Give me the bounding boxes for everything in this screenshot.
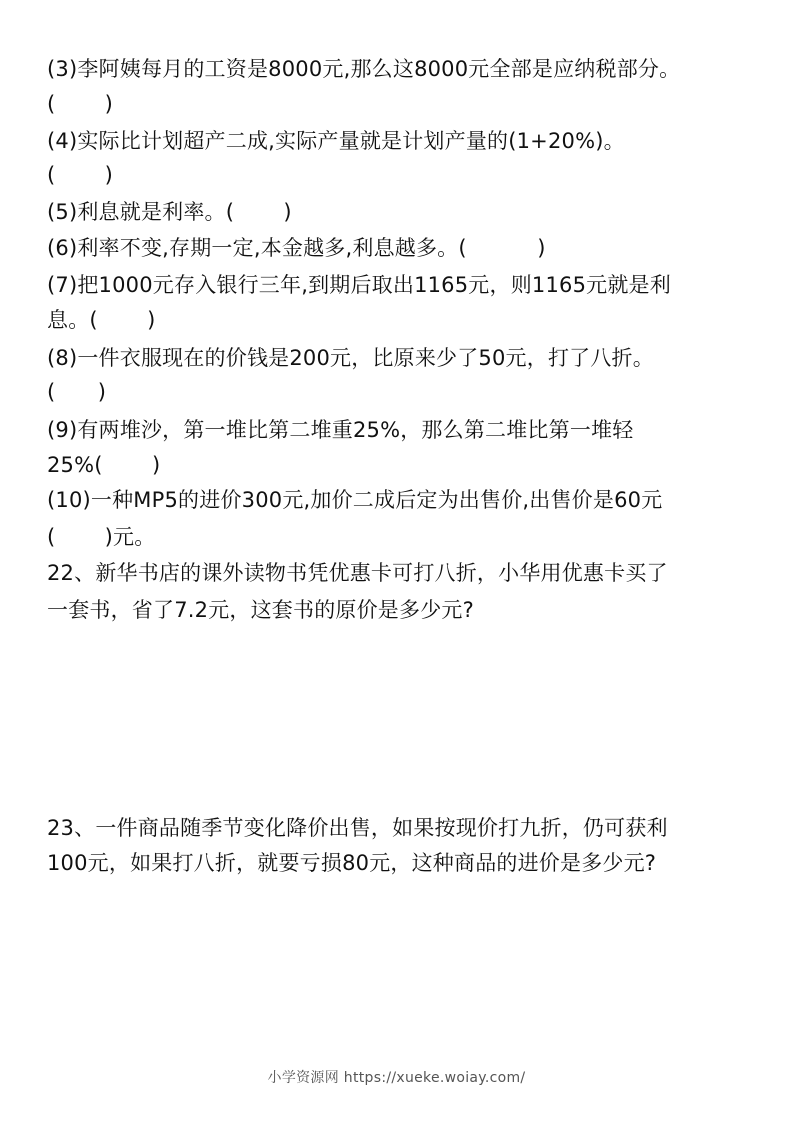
question-10-text: (10)一种MP5的进价300元,加价二成后定为出售价,出售价是60元 — [47, 486, 757, 514]
question-22-text-line1: 22、新华书店的课外读物书凭优惠卡可打八折，小华用优惠卡买了 — [47, 559, 757, 587]
question-6-text: (6)利率不变,存期一定,本金越多,利息越多。( ) — [47, 234, 757, 262]
question-10-answer-blank: ( )元。 — [47, 523, 757, 551]
question-8-text: (8)一件衣服现在的价钱是200元，比原来少了50元，打了八折。 — [47, 344, 757, 372]
question-5-text: (5)利息就是利率。( ) — [47, 198, 757, 226]
question-8-answer-blank: ( ) — [47, 378, 757, 406]
question-7-answer-blank: 息。( ) — [47, 306, 757, 334]
footer-watermark: 小学资源网 https://xueke.woiay.com/ — [0, 1067, 793, 1087]
question-23-text-line2: 100元，如果打八折，就要亏损80元，这种商品的进价是多少元? — [47, 849, 757, 877]
question-9-answer-blank: 25%( ) — [47, 451, 757, 479]
question-22-text-line2: 一套书，省了7.2元，这套书的原价是多少元? — [47, 596, 757, 624]
question-3-answer-blank: ( ) — [47, 90, 757, 118]
question-4-answer-blank: ( ) — [47, 161, 757, 189]
question-23-text-line1: 23、一件商品随季节变化降价出售，如果按现价打九折，仍可获利 — [47, 814, 757, 842]
worksheet-page: (3)李阿姨每月的工资是8000元,那么这8000元全部是应纳税部分。 ( ) … — [0, 0, 793, 1122]
question-4-text: (4)实际比计划超产二成,实际产量就是计划产量的(1+20%)。 — [47, 127, 757, 155]
question-9-text: (9)有两堆沙，第一堆比第二堆重25%，那么第二堆比第一堆轻 — [47, 416, 757, 444]
question-7-text: (7)把1000元存入银行三年,到期后取出1165元，则1165元就是利 — [47, 271, 757, 299]
question-3-text: (3)李阿姨每月的工资是8000元,那么这8000元全部是应纳税部分。 — [47, 55, 757, 83]
